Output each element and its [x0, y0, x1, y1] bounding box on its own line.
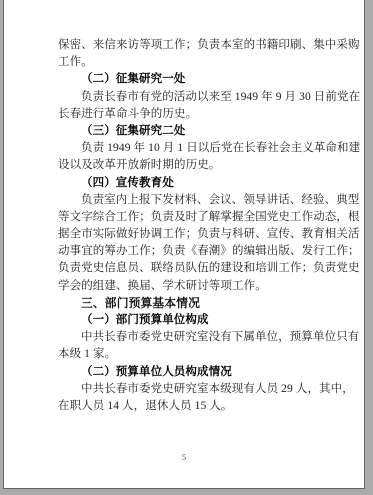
text-line: 据全市实际做好协调工作；负责与科研、宣传、教育相关活 — [58, 226, 352, 243]
section-heading: （二）征集研究一处 — [58, 71, 352, 88]
text-line: 设以及改革开放新时期的历史。 — [58, 157, 352, 174]
text-line: 负责室内上报下发材料、会议、领导讲话、经验、典型 — [58, 192, 352, 209]
section-heading: （一）部门预算单位构成 — [58, 312, 352, 329]
text-line: 长春进行革命斗争的历史。 — [58, 106, 352, 123]
document-page: 保密、来信来访等项工作；负责本室的书籍印刷、集中采购工作。（二）征集研究一处负责… — [3, 0, 365, 489]
page-content: 保密、来信来访等项工作；负责本室的书籍印刷、集中采购工作。（二）征集研究一处负责… — [58, 37, 352, 415]
text-line: 中共长春市委党史研究室本级现有人员 29 人，其中， — [58, 381, 352, 398]
text-line: 在职人员 14 人，退休人员 15 人。 — [58, 398, 352, 415]
text-line: 负责长春市有党的活动以来至 1949 年 9 月 30 日前党在 — [58, 89, 352, 106]
text-line: 保密、来信来访等项工作；负责本室的书籍印刷、集中采购 — [58, 37, 352, 54]
text-line: 工作。 — [58, 54, 352, 71]
page-number: 5 — [4, 453, 364, 462]
text-line: 中共长春市委党史研究室没有下属单位，预算单位只有 — [58, 329, 352, 346]
section-heading: （四）宣传教育处 — [58, 175, 352, 192]
section-heading: （三）征集研究二处 — [58, 123, 352, 140]
text-line: 学会的组建、换届、学术研讨等项工作。 — [58, 278, 352, 295]
section-heading: 三、部门预算基本情况 — [58, 295, 352, 312]
section-heading: （二）预算单位人员构成情况 — [58, 364, 352, 381]
text-line: 负责 1949 年 10 月 1 日以后党在长春社会主义革命和建 — [58, 140, 352, 157]
text-line: 等文字综合工作；负责及时了解掌握全国党史工作动态，根 — [58, 209, 352, 226]
text-line: 动事宜的筹办工作；负责《春潮》的编辑出版、发行工作； — [58, 243, 352, 260]
text-line: 负责党史信息员、联络员队伍的建设和培训工作；负责党史 — [58, 260, 352, 277]
text-line: 本级 1 家。 — [58, 346, 352, 363]
document-viewer: 保密、来信来访等项工作；负责本室的书籍印刷、集中采购工作。（二）征集研究一处负责… — [0, 0, 373, 495]
